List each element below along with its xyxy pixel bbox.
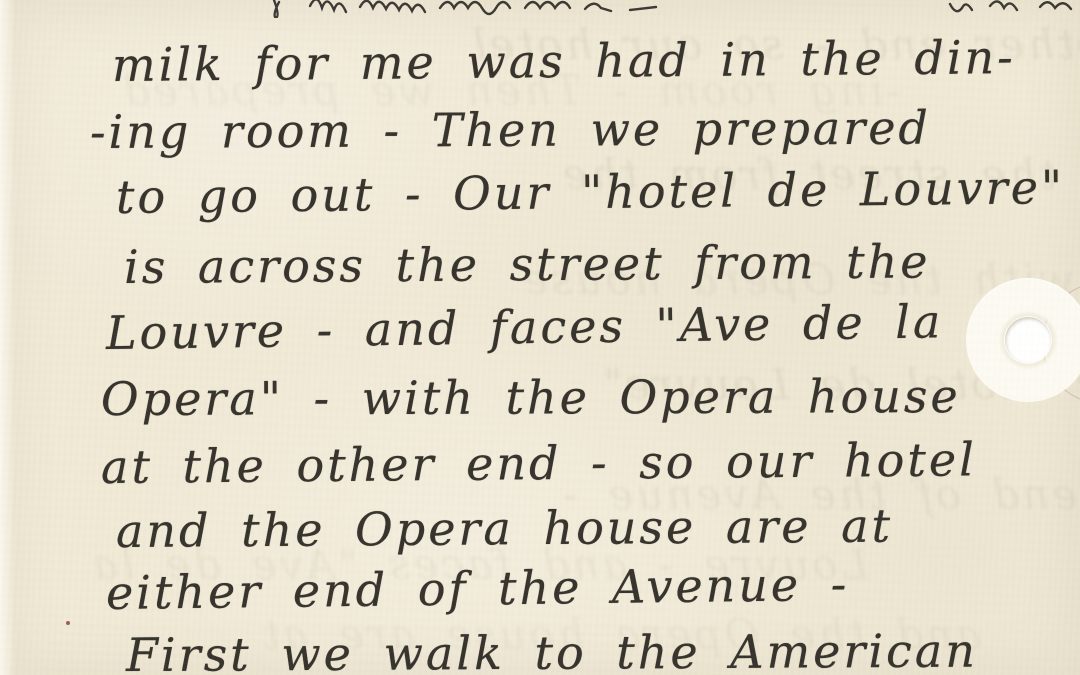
handwriting-line: at the other end - so our hotel	[101, 432, 977, 494]
handwriting-line: either end of the Avenue -	[106, 557, 850, 620]
handwriting-line: -ing room - Then we prepared	[90, 101, 931, 159]
handwriting-line: and the Opera house are at	[116, 499, 893, 558]
handwriting-line: to go out - Our "hotel de Louvre"	[116, 160, 1066, 224]
handwriting-line: is across the street from the	[124, 234, 931, 294]
scanned-diary-page: at the other end - so our hotel -ing roo…	[0, 0, 1080, 675]
punch-hole	[1005, 317, 1051, 363]
paper-speck	[66, 621, 70, 625]
handwriting-line: First we walk to the American	[126, 624, 978, 675]
handwriting-line: Opera" - with the Opera house	[101, 369, 961, 426]
page-left-edge	[0, 0, 15, 675]
handwriting-line: milk for me was had in the din-	[112, 30, 1016, 92]
handwriting-line: Louvre - and faces "Ave de la	[106, 294, 944, 360]
clipped-top-line-strokes	[270, 0, 1080, 18]
